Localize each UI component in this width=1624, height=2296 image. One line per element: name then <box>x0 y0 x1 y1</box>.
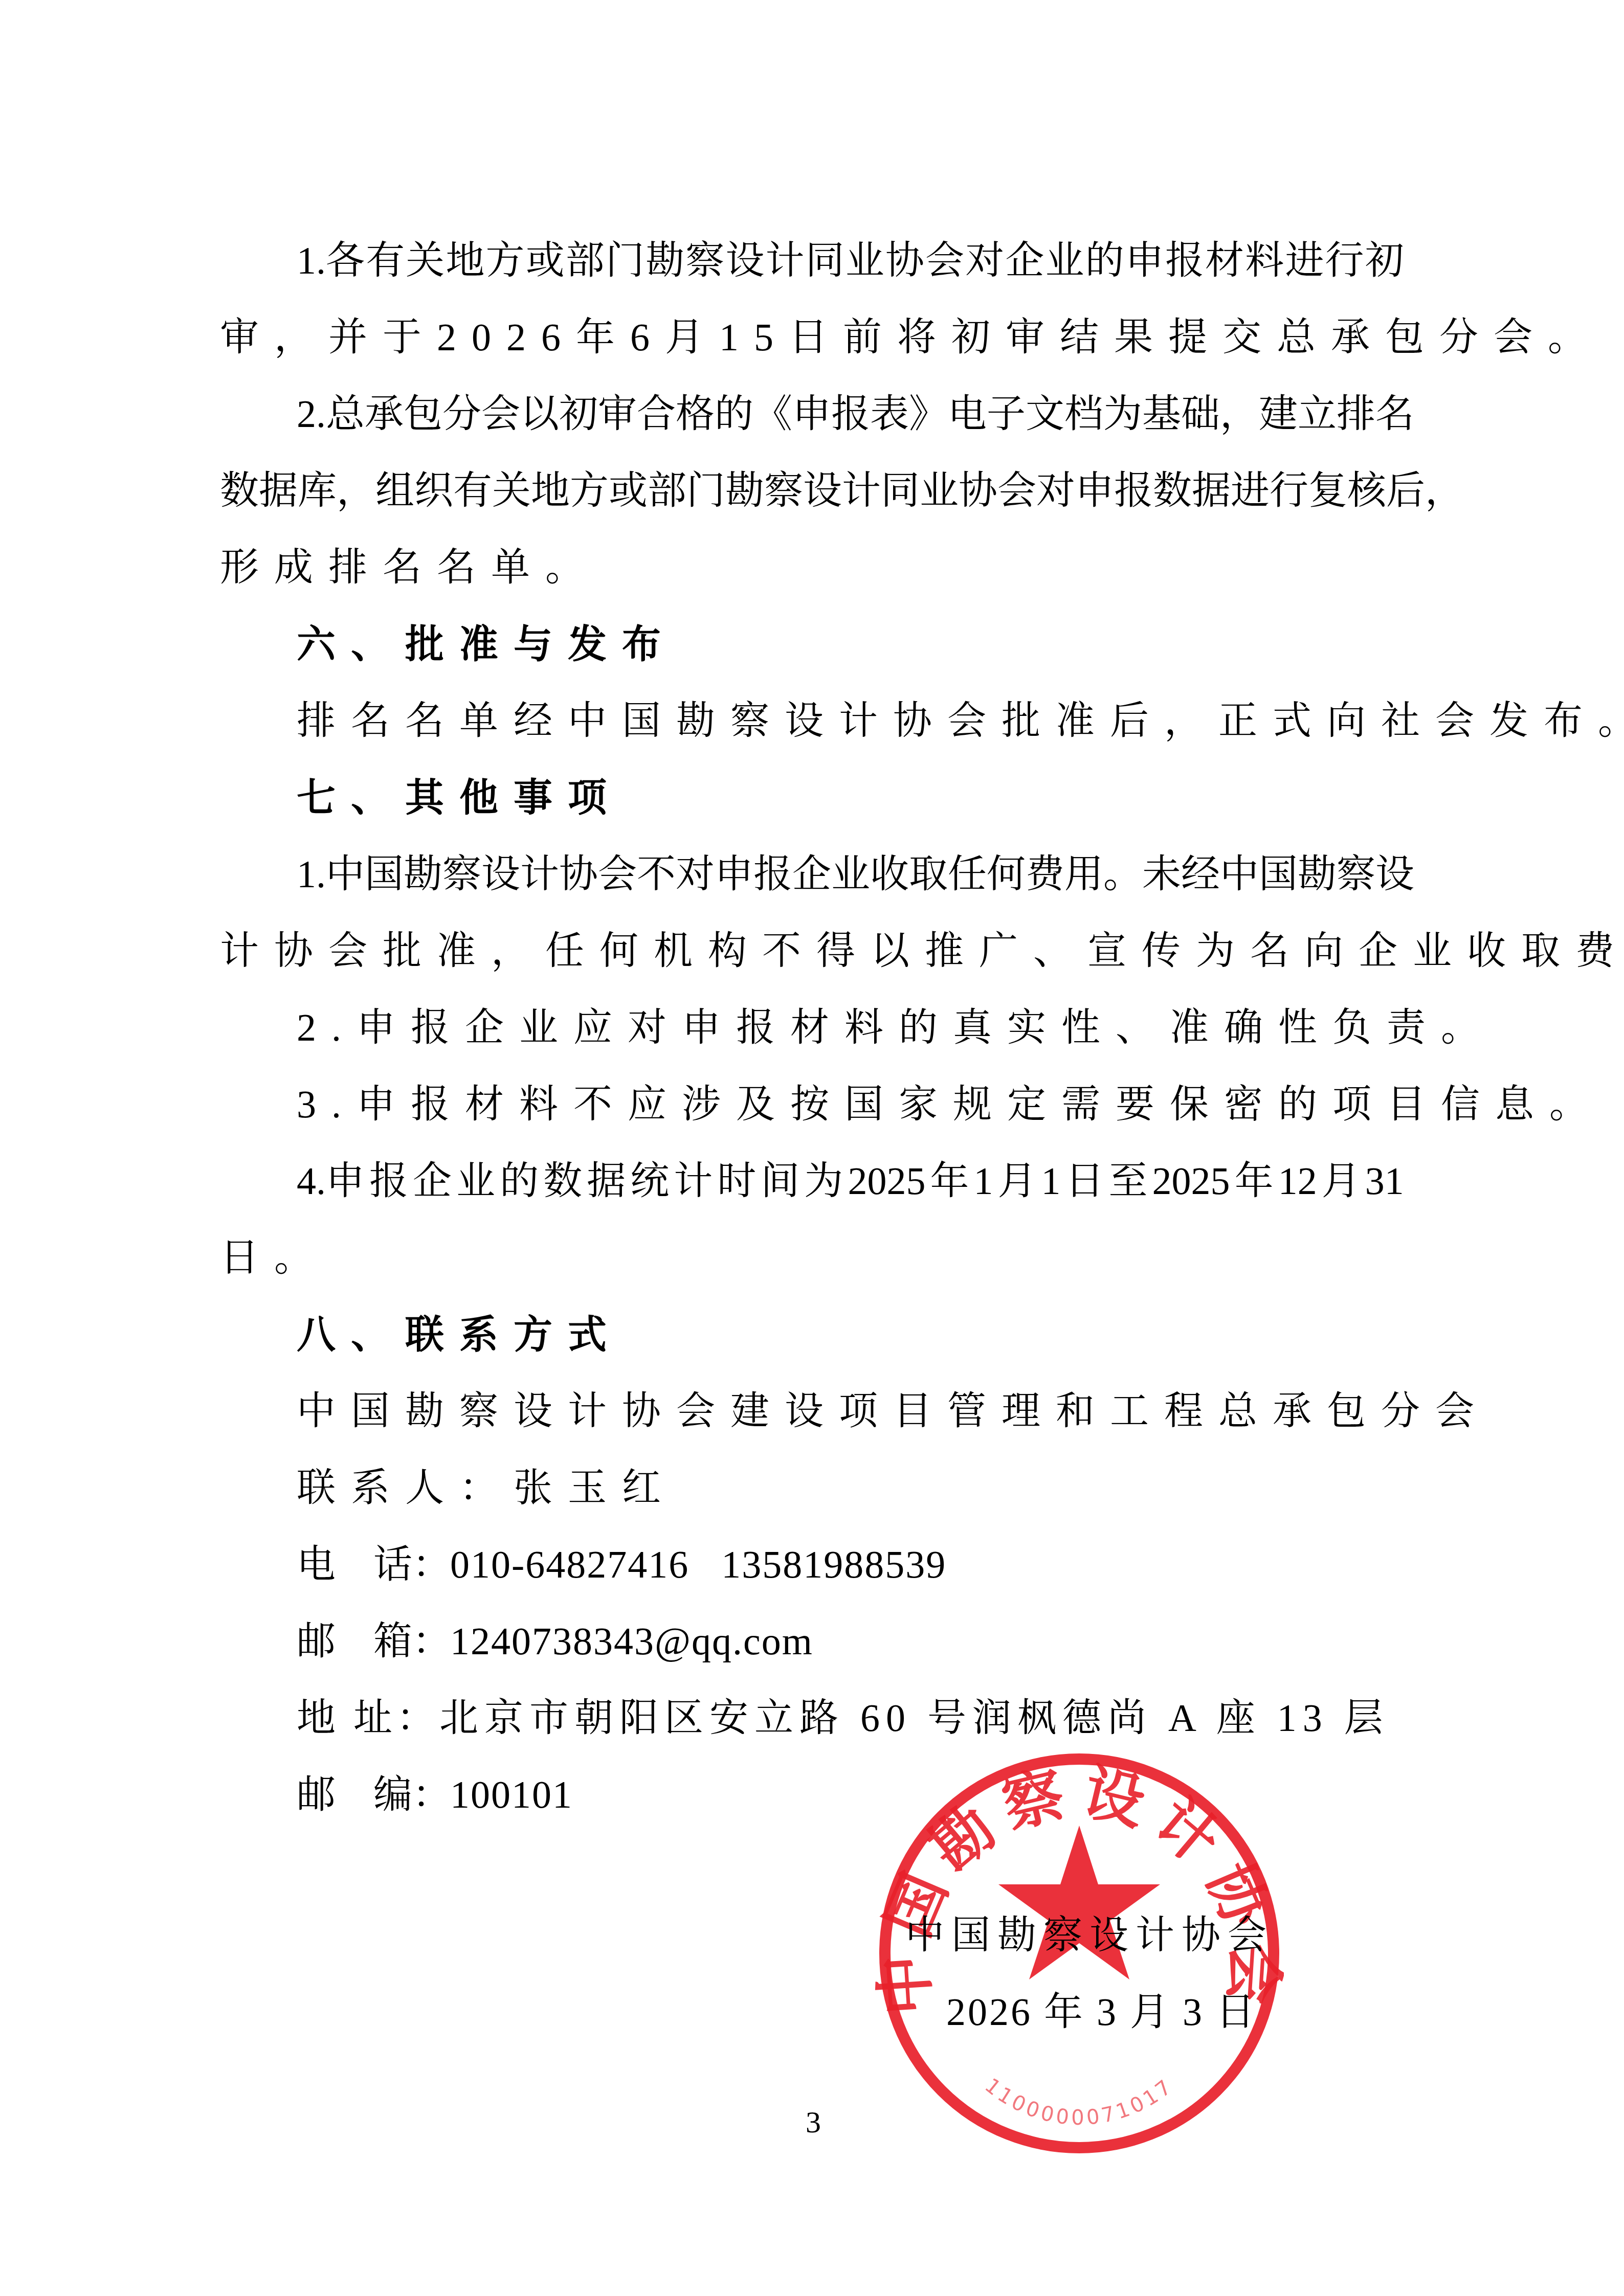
glyph: 日 <box>1065 1156 1104 1207</box>
glyph: 企 <box>413 1156 452 1207</box>
glyph: 文 <box>1026 389 1064 440</box>
phone-label: 电话： <box>297 1539 450 1590</box>
contact-organization: 中国勘察设计协会建设项目管理和工程总承包分会 <box>297 1386 1404 1437</box>
glyph: ， <box>1220 389 1259 440</box>
paragraph-line: 审，并于2026年6月15日前将初审结果提交总承包分会。 <box>220 312 1404 363</box>
glyph: 计 <box>520 849 559 900</box>
page-number: 3 <box>806 2102 821 2143</box>
glyph: 方 <box>486 235 525 286</box>
glyph: 基 <box>1142 389 1181 440</box>
glyph: 至 <box>1109 1156 1148 1207</box>
glyph: 协 <box>559 849 598 900</box>
glyph: 进 <box>1285 235 1324 286</box>
glyph: 业 <box>846 235 884 286</box>
glyph: 报 <box>1114 465 1153 516</box>
glyph: 地 <box>531 465 570 516</box>
glyph: 察 <box>685 235 724 286</box>
contact-person-name: 张玉红 <box>514 1462 676 1514</box>
glyph: 经 <box>1181 849 1220 900</box>
glyph: 有 <box>453 465 492 516</box>
glyph: 初 <box>1365 235 1404 286</box>
glyph: 对 <box>676 849 715 900</box>
glyph: 表 <box>870 389 909 440</box>
glyph: 2.总 <box>297 389 365 440</box>
glyph: 设 <box>803 465 842 516</box>
glyph: 何 <box>987 849 1026 900</box>
address-row: 地 址：北京市朝阳区安立路 60 号润枫德尚 A 座 13 层 <box>297 1693 1389 1744</box>
glyph: 的 <box>715 389 753 440</box>
glyph: 对 <box>1036 465 1075 516</box>
glyph: 》 <box>909 389 948 440</box>
glyph: 业 <box>1045 235 1084 286</box>
glyph: 1.中 <box>297 849 365 900</box>
email-row: 邮箱：1240738343@qq.com <box>297 1616 813 1667</box>
glyph: 申 <box>792 389 831 440</box>
glyph: 的 <box>1085 235 1124 286</box>
glyph: 会 <box>598 849 637 900</box>
glyph: 地 <box>446 235 484 286</box>
glyph: 库 <box>298 465 337 516</box>
list-item-line: 计协会批准，任何机构不得以推广、宣传为名向企业收取费用。 <box>220 926 1404 977</box>
glyph: 分 <box>442 389 481 440</box>
glyph: 有 <box>366 235 405 286</box>
glyph: 同 <box>806 235 844 286</box>
glyph: 月 <box>997 1156 1036 1207</box>
glyph: 对 <box>965 235 1004 286</box>
paragraph-line: 排名名单经中国勘察设计协会批准后，正式向社会发布。 <box>297 695 1404 747</box>
section-heading-contact: 八、联系方式 <box>297 1309 1404 1360</box>
glyph: 础 <box>1181 389 1220 440</box>
glyph: 用 <box>1064 849 1103 900</box>
glyph: ， <box>337 465 375 516</box>
glyph: 设 <box>725 235 764 286</box>
glyph: 察 <box>764 465 803 516</box>
glyph: 部 <box>648 465 686 516</box>
glyph: 据 <box>1192 465 1231 516</box>
glyph: 申 <box>1125 235 1164 286</box>
glyph: 2025 <box>848 1156 925 1207</box>
glyph: 勘 <box>1298 849 1337 900</box>
glyph: 门 <box>686 465 725 516</box>
glyph: 包 <box>404 389 442 440</box>
glyph: 会 <box>481 389 520 440</box>
glyph: 格 <box>676 389 715 440</box>
contact-person-label: 联系人： <box>297 1462 514 1514</box>
svg-text:1100000071017: 1100000071017 <box>981 2074 1178 2130</box>
glyph: 建 <box>1259 389 1298 440</box>
glyph: 门 <box>606 235 644 286</box>
glyph: 档 <box>1064 389 1103 440</box>
glyph: 或 <box>526 235 565 286</box>
glyph: 察 <box>442 849 481 900</box>
glyph: 业 <box>456 1156 495 1207</box>
glyph: 电 <box>948 389 987 440</box>
paragraph-line: 2.总承包分会以初审合格的《申报表》电子文档为基础，建立排名 <box>297 389 1404 440</box>
glyph: 或 <box>609 465 648 516</box>
email-label: 邮箱： <box>297 1616 450 1667</box>
glyph: 协 <box>959 465 997 516</box>
glyph: 数 <box>220 465 259 516</box>
glyph: 业 <box>831 849 870 900</box>
glyph: 数 <box>543 1156 582 1207</box>
glyph: 勘 <box>725 465 764 516</box>
glyph: 材 <box>1205 235 1244 286</box>
glyph: 协 <box>885 235 924 286</box>
glyph: 报 <box>369 1156 408 1207</box>
glyph: 方 <box>570 465 609 516</box>
glyph: 会 <box>925 235 964 286</box>
glyph: 4.申 <box>297 1156 365 1207</box>
glyph: 会 <box>997 465 1036 516</box>
glyph: 据 <box>587 1156 626 1207</box>
glyph: 子 <box>987 389 1026 440</box>
glyph: ， <box>1425 465 1464 516</box>
glyph: 立 <box>1298 389 1337 440</box>
glyph: 报 <box>753 849 792 900</box>
glyph: 未 <box>1142 849 1181 900</box>
glyph: 《 <box>753 389 792 440</box>
glyph: 同 <box>881 465 920 516</box>
section-heading-approval: 六、批准与发布 <box>297 619 1404 670</box>
postcode-row: 邮编：100101 <box>297 1769 573 1820</box>
glyph: 审 <box>598 389 637 440</box>
glyph: 进 <box>1231 465 1270 516</box>
glyph: 任 <box>948 849 987 900</box>
glyph: 组 <box>375 465 414 516</box>
glyph: 为 <box>1103 389 1142 440</box>
postcode-value: 100101 <box>450 1769 573 1820</box>
glyph: 为 <box>804 1156 843 1207</box>
phone-value[interactable]: 010-64827416 13581988539 <box>450 1539 946 1590</box>
glyph: 国 <box>1259 849 1298 900</box>
glyph: 年 <box>1235 1156 1274 1207</box>
list-item-line: 3.申报材料不应涉及按国家规定需要保密的项目信息。 <box>297 1079 1404 1130</box>
glyph: 申 <box>715 849 753 900</box>
address-value: 北京市朝阳区安立路 60 号润枫德尚 A 座 13 层 <box>439 1693 1389 1744</box>
glyph: 收 <box>870 849 909 900</box>
glyph: 以 <box>520 389 559 440</box>
glyph: 数 <box>1153 465 1192 516</box>
glyph: 核 <box>1347 465 1386 516</box>
glyph: 勘 <box>646 235 684 286</box>
glyph: 察 <box>1337 849 1375 900</box>
contact-person-row: 联系人：张玉红 <box>297 1462 676 1514</box>
glyph: 的 <box>500 1156 539 1207</box>
glyph: 织 <box>414 465 453 516</box>
glyph: 统 <box>630 1156 669 1207</box>
glyph: 勘 <box>404 849 442 900</box>
address-label: 地 址： <box>297 1693 439 1744</box>
glyph: 合 <box>637 389 676 440</box>
glyph: 企 <box>1005 235 1044 286</box>
glyph: 排 <box>1337 389 1375 440</box>
list-item-line: 2.申报企业应对申报材料的真实性、准确性负责。 <box>297 1002 1404 1053</box>
glyph: 关 <box>492 465 531 516</box>
glyph: 费 <box>1026 849 1064 900</box>
glyph: 1.各 <box>297 235 365 286</box>
list-item-line: 1.中国勘察设计协会不对申报企业收取任何费用。未经中国勘察设 <box>297 849 1404 900</box>
glyph: 行 <box>1270 465 1308 516</box>
postcode-label: 邮编： <box>297 1769 450 1820</box>
paragraph-line: 数据库，组织有关地方或部门勘察设计同业协会对申报数据进行复核后， <box>220 465 1404 516</box>
glyph: 申 <box>1075 465 1114 516</box>
glyph: 12 <box>1278 1156 1317 1207</box>
glyph: 关 <box>406 235 444 286</box>
glyph: 计 <box>842 465 881 516</box>
glyph: 报 <box>1165 235 1204 286</box>
issuer-signature: 中国勘察设计协会 <box>905 1910 1274 1961</box>
glyph: 1 <box>1041 1156 1061 1207</box>
glyph: 2025 <box>1152 1156 1230 1207</box>
glyph: 国 <box>365 849 404 900</box>
glyph: 。 <box>1103 849 1142 900</box>
glyph: 取 <box>909 849 948 900</box>
glyph: 初 <box>559 389 598 440</box>
email-link[interactable]: 1240738343@qq.com <box>450 1616 813 1667</box>
glyph: 时 <box>717 1156 756 1207</box>
paragraph-line: 1.各有关地方或部门勘察设计同业协会对企业的申报材料进行初 <box>297 235 1404 286</box>
glyph: 月 <box>1322 1156 1361 1207</box>
glyph: 料 <box>1245 235 1284 286</box>
glyph: 据 <box>259 465 298 516</box>
glyph: 企 <box>792 849 831 900</box>
glyph: 设 <box>1375 849 1414 900</box>
section-heading-other-matters: 七、其他事项 <box>297 772 1404 823</box>
glyph: 业 <box>920 465 959 516</box>
glyph: 行 <box>1325 235 1364 286</box>
list-item-line: 4.申报企业的数据统计时间为2025年1月1日至2025年12月31 <box>297 1156 1404 1207</box>
glyph: 后 <box>1386 465 1425 516</box>
glyph: 承 <box>365 389 404 440</box>
glyph: 中 <box>1220 849 1259 900</box>
issue-date: 2026 年 3 月 3 日 <box>946 1987 1257 2038</box>
phone-row: 电话：010-64827416 13581988539 <box>297 1539 946 1590</box>
glyph: 间 <box>761 1156 799 1207</box>
glyph: 计 <box>674 1156 713 1207</box>
glyph: 名 <box>1375 389 1414 440</box>
glyph: 复 <box>1308 465 1347 516</box>
glyph: 部 <box>566 235 605 286</box>
glyph: 31 <box>1365 1156 1404 1207</box>
seal-serial: 1100000071017 <box>981 2074 1178 2130</box>
paragraph-line: 形成排名名单。 <box>220 542 1404 593</box>
glyph: 报 <box>831 389 870 440</box>
list-item-line: 日。 <box>220 1232 1404 1284</box>
document-page: 1.各有关地方或部门勘察设计同业协会对企业的申报材料进行初 审，并于2026年6… <box>0 0 1624 2296</box>
glyph: 不 <box>637 849 676 900</box>
glyph: 计 <box>766 235 805 286</box>
glyph: 年 <box>930 1156 969 1207</box>
glyph: 1 <box>973 1156 993 1207</box>
glyph: 设 <box>481 849 520 900</box>
